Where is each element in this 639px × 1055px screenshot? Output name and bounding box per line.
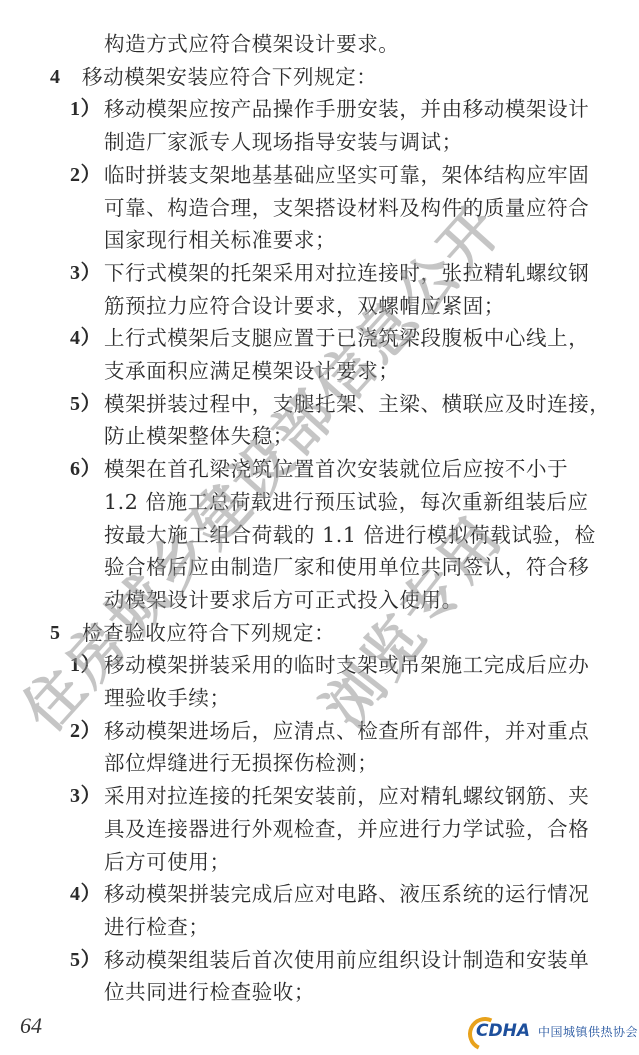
section-number: 4 — [50, 59, 61, 95]
line-text: 按最大施工组合荷载的 1.1 倍进行模拟荷载试验，检 — [104, 517, 596, 553]
section-heading: 5检查验收应符合下列规定： — [0, 615, 639, 651]
line-text: 临时拼装支架地基基础应坚实可靠，架体结构应牢固 — [104, 157, 589, 193]
line-text: 1.2 倍施工总荷载进行预压试验，每次重新组装后应 — [104, 484, 589, 520]
line-text: 移动模架应按产品操作手册安装，并由移动模架设计 — [104, 91, 589, 127]
list-item-continuation: 1.2 倍施工总荷载进行预压试验，每次重新组装后应 — [0, 484, 639, 520]
list-item-continuation: 筋预拉力应符合设计要求，双螺帽应紧固； — [0, 288, 639, 324]
line-text: 上行式模架后支腿应置于已浇筑梁段腹板中心线上， — [104, 320, 589, 356]
line-text: 进行检查； — [104, 909, 210, 945]
list-item-continuation: 后方可使用； — [0, 844, 639, 880]
list-item: 2）移动模架进场后，应清点、检查所有部件，并对重点 — [0, 713, 639, 749]
line-text: 下行式模架的托架采用对拉连接时，张拉精轧螺纹钢 — [104, 255, 589, 291]
list-item-continuation: 可靠、构造合理，支架搭设材料及构件的质量应符合 — [0, 190, 639, 226]
item-number: 1） — [70, 647, 101, 683]
item-number: 5） — [70, 386, 101, 422]
line-text: 后方可使用； — [104, 844, 231, 880]
list-item-continuation: 按最大施工组合荷载的 1.1 倍进行模拟荷载试验，检 — [0, 517, 639, 553]
line-text: 采用对拉连接的托架安装前，应对精轧螺纹钢筋、夹 — [104, 778, 589, 814]
list-item-continuation: 具及连接器进行外观检查，并应进行力学试验，合格 — [0, 811, 639, 847]
line-text: 具及连接器进行外观检查，并应进行力学试验，合格 — [104, 811, 589, 847]
list-item: 5）模架拼装过程中，支腿托架、主梁、横联应及时连接， — [0, 386, 639, 422]
item-number: 3） — [70, 255, 101, 291]
line-text: 理验收手续； — [104, 680, 231, 716]
line-text: 移动模架组装后首次使用前应组织设计制造和安装单 — [104, 942, 589, 978]
list-item-continuation: 部位焊缝进行无损探伤检测； — [0, 745, 639, 781]
list-item: 5）移动模架组装后首次使用前应组织设计制造和安装单 — [0, 942, 639, 978]
section-heading: 4移动模架安装应符合下列规定： — [0, 59, 639, 95]
list-item-continuation: 位共同进行检查验收； — [0, 974, 639, 1010]
line-text: 检查验收应符合下列规定： — [82, 615, 335, 651]
line-text: 模架在首孔梁浇筑位置首次安装就位后应按不小于 — [104, 451, 568, 487]
logo-mark: CDHA — [476, 1021, 530, 1041]
list-item: 6）模架在首孔梁浇筑位置首次安装就位后应按不小于 — [0, 451, 639, 487]
organization-logo: CDHA 中国城镇供热协会 — [468, 1013, 638, 1043]
item-number: 5） — [70, 942, 101, 978]
line-text: 移动模架安装应符合下列规定： — [82, 59, 377, 95]
list-item: 3）下行式模架的托架采用对拉连接时，张拉精轧螺纹钢 — [0, 255, 639, 291]
list-item-continuation: 动模架设计要求后方可正式投入使用。 — [0, 582, 639, 618]
list-item-continuation: 国家现行相关标准要求； — [0, 222, 639, 258]
list-item-continuation: 进行检查； — [0, 909, 639, 945]
list-item-continuation: 理验收手续； — [0, 680, 639, 716]
item-number: 3） — [70, 778, 101, 814]
line-text: 可靠、构造合理，支架搭设材料及构件的质量应符合 — [104, 190, 589, 226]
line-text: 动模架设计要求后方可正式投入使用。 — [104, 582, 463, 618]
line-text: 国家现行相关标准要求； — [104, 222, 336, 258]
list-item: 4）上行式模架后支腿应置于已浇筑梁段腹板中心线上， — [0, 320, 639, 356]
item-number: 4） — [70, 876, 101, 912]
line-text: 构造方式应符合模架设计要求。 — [104, 26, 399, 62]
item-number: 4） — [70, 320, 101, 356]
list-item-continuation: 支承面积应满足模架设计要求； — [0, 353, 639, 389]
line-text: 制造厂家派专人现场指导安装与调试； — [104, 124, 463, 160]
line-text: 位共同进行检查验收； — [104, 974, 315, 1010]
list-item: 1）移动模架应按产品操作手册安装，并由移动模架设计 — [0, 91, 639, 127]
line-text: 移动模架进场后，应清点、检查所有部件，并对重点 — [104, 713, 589, 749]
document-page: 构造方式应符合模架设计要求。4移动模架安装应符合下列规定：1）移动模架应按产品操… — [0, 0, 639, 1055]
line-text: 部位焊缝进行无损探伤检测； — [104, 745, 378, 781]
list-item: 1）移动模架拼装采用的临时支架或吊架施工完成后应办 — [0, 647, 639, 683]
line-text: 防止模架整体失稳； — [104, 418, 294, 454]
page-number: 64 — [20, 1013, 42, 1039]
line-text: 验合格后应由制造厂家和使用单位共同签认，符合移 — [104, 549, 589, 585]
section-number: 5 — [50, 615, 61, 651]
line-text: 筋预拉力应符合设计要求，双螺帽应紧固； — [104, 288, 505, 324]
list-item-continuation: 构造方式应符合模架设计要求。 — [0, 26, 639, 62]
list-item: 3）采用对拉连接的托架安装前，应对精轧螺纹钢筋、夹 — [0, 778, 639, 814]
item-number: 2） — [70, 157, 101, 193]
list-item-continuation: 防止模架整体失稳； — [0, 418, 639, 454]
item-number: 2） — [70, 713, 101, 749]
list-item-continuation: 制造厂家派专人现场指导安装与调试； — [0, 124, 639, 160]
line-text: 支承面积应满足模架设计要求； — [104, 353, 399, 389]
list-item-continuation: 验合格后应由制造厂家和使用单位共同签认，符合移 — [0, 549, 639, 585]
item-number: 1） — [70, 91, 101, 127]
list-item: 4）移动模架拼装完成后应对电路、液压系统的运行情况 — [0, 876, 639, 912]
line-text: 移动模架拼装完成后应对电路、液压系统的运行情况 — [104, 876, 589, 912]
item-number: 6） — [70, 451, 101, 487]
logo-organization-name: 中国城镇供热协会 — [538, 1023, 638, 1040]
line-text: 移动模架拼装采用的临时支架或吊架施工完成后应办 — [104, 647, 589, 683]
line-text: 模架拼装过程中，支腿托架、主梁、横联应及时连接， — [104, 386, 610, 422]
list-item: 2）临时拼装支架地基基础应坚实可靠，架体结构应牢固 — [0, 157, 639, 193]
